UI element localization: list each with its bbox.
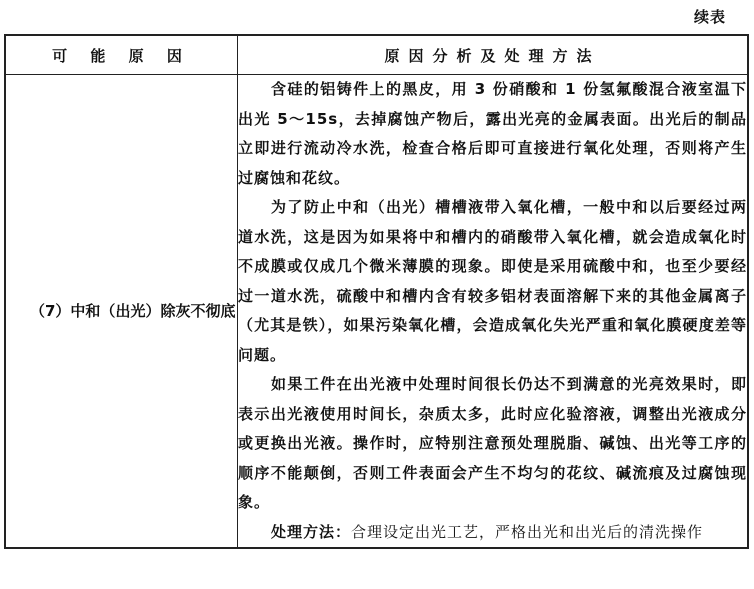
analysis-paragraph: 如果工件在出光液中处理时间很长仍达不到满意的光亮效果时，即表示出光液使用时间长，…: [238, 370, 747, 518]
table-header-row: 可 能 原 因 原因分析及处理方法: [5, 35, 748, 75]
cause-text: （7）中和（出光）除灰不彻底: [30, 302, 235, 320]
analysis-cell: 含硅的铝铸件上的黑皮，用 3 份硝酸和 1 份氢氟酸混合液室温下出光 5～15s…: [238, 75, 749, 549]
method-label: 处理方法：: [271, 523, 351, 541]
header-possible-cause: 可 能 原 因: [5, 35, 238, 75]
continued-table-label: 续表: [694, 6, 726, 27]
cause-cell: （7）中和（出光）除灰不彻底: [5, 75, 238, 549]
table-row: （7）中和（出光）除灰不彻底 含硅的铝铸件上的黑皮，用 3 份硝酸和 1 份氢氟…: [5, 75, 748, 549]
method-paragraph: 处理方法：合理设定出光工艺，严格出光和出光后的清洗操作: [238, 518, 747, 548]
header-analysis-method: 原因分析及处理方法: [238, 35, 749, 75]
analysis-paragraph: 含硅的铝铸件上的黑皮，用 3 份硝酸和 1 份氢氟酸混合液室温下出光 5～15s…: [238, 75, 747, 193]
analysis-paragraph: 为了防止中和（出光）槽槽液带入氧化槽，一般中和以后要经过两道水洗，这是因为如果将…: [238, 193, 747, 370]
method-text: 合理设定出光工艺，严格出光和出光后的清洗操作: [351, 523, 703, 541]
troubleshooting-table: 可 能 原 因 原因分析及处理方法 （7）中和（出光）除灰不彻底 含硅的铝铸件上…: [4, 34, 749, 549]
